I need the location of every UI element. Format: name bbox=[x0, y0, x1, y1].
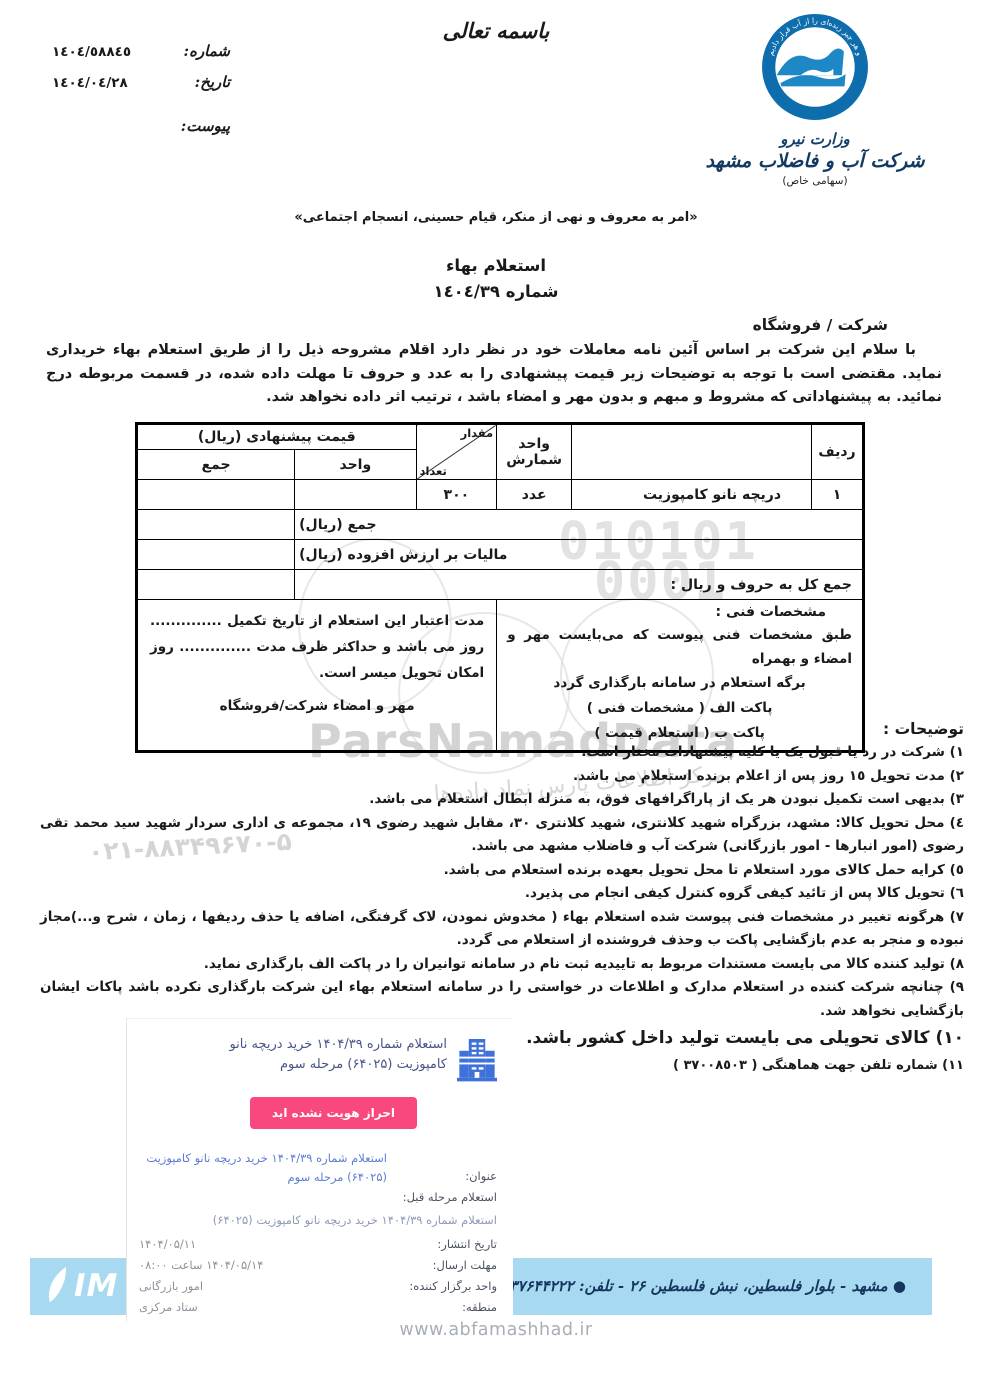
col-header-count-unit: واحد شمارش bbox=[497, 424, 572, 480]
year-slogan: «امر به معروف و نهی از منکر، قیام حسینی،… bbox=[0, 210, 992, 225]
letter-date-label: تاریخ: bbox=[195, 73, 230, 91]
panel-row-organizer-unit: واحد برگزار کننده: امور بازرگانی bbox=[139, 1276, 497, 1297]
note-item-9: ٩) چنانچه شرکت کننده در استعلام مدارک و … bbox=[40, 976, 964, 1023]
document-title-line1: استعلام بهاء bbox=[0, 256, 992, 275]
im-watermark-logo: IM bbox=[40, 1265, 118, 1307]
item-count-unit: عدد bbox=[497, 480, 572, 510]
sum-label: جمع (ریال) bbox=[295, 510, 864, 540]
letter-attachment-label: پیوست: bbox=[181, 117, 230, 135]
note-item-3: ٣) بدیهی است تکمیل نبودن هر یک از پاراگر… bbox=[40, 788, 964, 812]
panel-row-deadline: مهلت ارسال: ۱۴۰۴/۰۵/۱۴ ساعت ۰۸:۰۰ bbox=[139, 1255, 497, 1276]
sum-value-cell[interactable] bbox=[137, 510, 295, 540]
price-inquiry-table: ردیف واحد شمارش مقدار تعداد قیمت پیشنهاد… bbox=[135, 422, 865, 753]
intro-section: شرکت / فروشگاه با سلام این شرکت بر اساس … bbox=[46, 316, 942, 410]
item-row-number: ١ bbox=[812, 480, 864, 510]
company-logo-block: و هر چیز زنده‌ای را از آب قرار دادیم وزا… bbox=[696, 12, 934, 187]
intro-paragraph: با سلام این شرکت بر اساس آئین نامه معامل… bbox=[46, 339, 942, 410]
letter-date-row: تاریخ: ١٤٠٤/٠٤/٢٨ bbox=[52, 73, 230, 91]
note-item-8: ٨) تولید کننده کالا می بایست مستندات مرب… bbox=[40, 953, 964, 977]
publish-date-value: ۱۴۰۴/۰۵/۱۱ bbox=[139, 1234, 196, 1255]
letter-attachment-row: پیوست: bbox=[52, 117, 230, 135]
panel-row-title: عنوان: استعلام شماره ۱۴۰۴/۳۹ خرید دریچه … bbox=[139, 1149, 497, 1187]
organizer-unit-value: امور بازرگانی bbox=[139, 1276, 203, 1297]
specs-title: مشخصات فنی : bbox=[507, 604, 852, 620]
letter-number-value: ١٤٠٤/٥٨٨٤٥ bbox=[52, 44, 131, 60]
validity-text: مدت اعتبار این استعلام از تاریخ تکمیل ..… bbox=[150, 608, 484, 686]
note-item-7: ٧) هرگونه تغییر در مشخصات فنی پیوست شده … bbox=[40, 906, 964, 953]
document-title-line2: شماره ١٤٠٤/٣٩ bbox=[0, 282, 992, 301]
panel-row-previous-stage: استعلام مرحله قبل: bbox=[139, 1187, 497, 1208]
note-item-6: ٦) تحویل کالا پس از تائید کیفی گروه کنتر… bbox=[40, 882, 964, 906]
item-total-price-cell[interactable] bbox=[137, 480, 295, 510]
col-header-total-price: جمع bbox=[137, 450, 295, 480]
specs-envelope-a: پاکت الف ( مشخصات فنی ) bbox=[507, 696, 852, 721]
item-unit-price-cell[interactable] bbox=[295, 480, 416, 510]
letter-date-value: ١٤٠٤/٠٤/٢٨ bbox=[52, 75, 128, 91]
col-header-description bbox=[572, 424, 812, 480]
item-description: دریچه نانو کامپوزیت bbox=[572, 480, 812, 510]
im-logo-text: IM bbox=[74, 1268, 118, 1304]
addressee-heading: شرکت / فروشگاه bbox=[46, 316, 888, 334]
grand-total-row: جمع کل به حروف و ریال : bbox=[137, 570, 864, 600]
col-header-row-number: ردیف bbox=[812, 424, 864, 480]
ministry-name: وزارت نیرو bbox=[696, 130, 934, 148]
panel-row-publish-date: تاریخ انتشار: ۱۴۰۴/۰۵/۱۱ bbox=[139, 1234, 497, 1255]
document-title: استعلام بهاء شماره ١٤٠٤/٣٩ bbox=[0, 256, 992, 301]
note-item-4: ٤) محل تحویل کالا: مشهد، بزرگراه شهید کل… bbox=[40, 812, 964, 859]
grand-total-label: جمع کل به حروف و ریال : bbox=[295, 570, 864, 600]
inquiry-document-page: 010101 0001 ParsNamadData مرکز اطلاعات پ… bbox=[0, 0, 992, 1393]
organizer-unit-label: واحد برگزار کننده: bbox=[409, 1276, 497, 1297]
panel-inquiry-title[interactable]: استعلام شماره ۱۴۰۴/۳۹ خرید دریچه نانو کا… bbox=[221, 1035, 447, 1075]
sum-row: جمع (ریال) bbox=[137, 510, 864, 540]
note-item-2: ٢) مدت تحویل ١٥ روز پس از اعلام برنده اس… bbox=[40, 765, 964, 789]
vat-value-cell[interactable] bbox=[137, 540, 295, 570]
inquiry-info-panel: استعلام شماره ۱۴۰۴/۳۹ خرید دریچه نانو کا… bbox=[126, 1018, 513, 1321]
region-label: منطقه: bbox=[462, 1297, 497, 1318]
deadline-label: مهلت ارسال: bbox=[433, 1255, 497, 1276]
auth-button-wrap: احراز هویت نشده اید bbox=[127, 1083, 513, 1129]
letter-number-row: شماره: ١٤٠٤/٥٨٨٤٥ bbox=[52, 42, 230, 60]
panel-header: استعلام شماره ۱۴۰۴/۳۹ خرید دریچه نانو کا… bbox=[127, 1019, 513, 1083]
company-website-url[interactable]: www.abfamashhad.ir bbox=[0, 1320, 992, 1340]
count-label: تعداد bbox=[420, 464, 447, 478]
table-row: ١ دریچه نانو کامپوزیت عدد ٣٠٠ bbox=[137, 480, 864, 510]
col-header-proposed-price-group: قیمت پیشنهادی (ریال) bbox=[137, 424, 417, 450]
notes-heading: توضیحات : bbox=[40, 720, 964, 738]
note-item-1: ١) شرکت در رد یا قبول یک یا کلیه پیشنهاد… bbox=[40, 741, 964, 765]
region-value: ستاد مرکزی bbox=[139, 1297, 198, 1318]
vat-row: مالیات بر ارزش افزوده (ریال) bbox=[137, 540, 864, 570]
letter-meta: شماره: ١٤٠٤/٥٨٨٤٥ تاریخ: ١٤٠٤/٠٤/٢٨ پیوس… bbox=[52, 42, 230, 148]
letter-number-label: شماره: bbox=[184, 42, 230, 60]
company-type: (سهامی خاص) bbox=[696, 175, 934, 187]
item-quantity: ٣٠٠ bbox=[416, 480, 497, 510]
col-header-unit-price: واحد bbox=[295, 450, 416, 480]
title-label: عنوان: bbox=[465, 1166, 497, 1187]
grand-total-value-cell[interactable] bbox=[137, 570, 295, 600]
building-icon bbox=[457, 1035, 497, 1083]
previous-stage-label: استعلام مرحله قبل: bbox=[403, 1187, 497, 1208]
not-authenticated-button[interactable]: احراز هویت نشده اید bbox=[250, 1097, 417, 1129]
vat-label: مالیات بر ارزش افزوده (ریال) bbox=[295, 540, 864, 570]
note-item-5: ٥) کرایه حمل کالای مورد استعلام تا محل ت… bbox=[40, 859, 964, 883]
seal-signature-label: مهر و امضاء شرکت/فروشگاه bbox=[150, 698, 484, 714]
company-name: شرکت آب و فاضلاب مشهد bbox=[696, 150, 934, 172]
specs-line1: طبق مشخصات فنی پیوست که می‌بایست مهر و ا… bbox=[507, 623, 852, 671]
publish-date-label: تاریخ انتشار: bbox=[437, 1234, 497, 1255]
feather-icon bbox=[40, 1265, 74, 1307]
title-value-link[interactable]: استعلام شماره ۱۴۰۴/۳۹ خرید دریچه نانو کا… bbox=[139, 1149, 387, 1187]
panel-row-region: منطقه: ستاد مرکزی bbox=[139, 1297, 497, 1318]
specs-line2: برگه استعلام در سامانه بارگذاری گردد bbox=[507, 671, 852, 696]
panel-detail-rows: عنوان: استعلام شماره ۱۴۰۴/۳۹ خرید دریچه … bbox=[127, 1129, 513, 1318]
water-company-logo-icon: و هر چیز زنده‌ای را از آب قرار دادیم bbox=[760, 12, 870, 122]
quantity-label: مقدار bbox=[461, 426, 494, 440]
deadline-value: ۱۴۰۴/۰۵/۱۴ ساعت ۰۸:۰۰ bbox=[139, 1255, 263, 1276]
col-header-quantity-diagonal: مقدار تعداد bbox=[416, 424, 497, 480]
previous-stage-link[interactable]: استعلام شماره ۱۴۰۴/۳۹ خرید دریچه نانو کا… bbox=[139, 1210, 497, 1231]
